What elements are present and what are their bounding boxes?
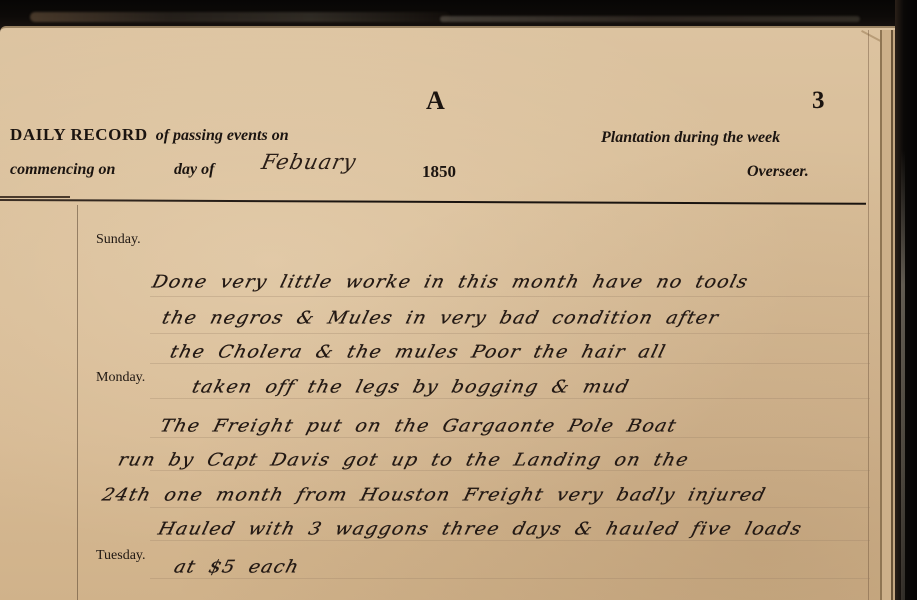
page-edge-line: [880, 30, 882, 600]
left-margin-line: [77, 205, 78, 600]
page-edge-stack: [882, 30, 891, 600]
ruled-line: [150, 540, 870, 541]
ruled-line: [150, 363, 870, 364]
ruled-line: [150, 470, 870, 471]
ruled-line: [150, 333, 870, 334]
ruled-line: [150, 296, 870, 297]
handwritten-line: the Cholera & the mules Poor the hair al…: [168, 342, 668, 362]
commencing-label: commencing on: [10, 161, 115, 179]
month-handwritten: Febuary: [259, 150, 358, 174]
handwritten-line: Done very little worke in this month hav…: [150, 272, 751, 292]
cover-wear-mark: [30, 12, 450, 22]
year: 1850: [422, 162, 456, 182]
handwritten-line: at $5 each: [172, 557, 302, 577]
overseer-label: Overseer.: [747, 163, 809, 181]
ruled-line: [150, 507, 870, 508]
title-caps: DAILY RECORD: [10, 125, 148, 144]
ruled-line: [150, 578, 870, 579]
day-of-label: day of: [174, 161, 214, 179]
handwritten-line: 24th one month from Houston Freight very…: [100, 485, 768, 505]
page-number: 3: [812, 87, 825, 115]
handwritten-line: taken off the legs by bogging & mud: [190, 377, 632, 397]
page-title: DAILY RECORD of passing events on: [10, 125, 289, 145]
header-rule-left: [0, 196, 70, 198]
cover-fray: [901, 150, 905, 600]
handwritten-line: the negros & Mules in very bad condition…: [160, 308, 721, 328]
right-margin-line: [868, 30, 869, 600]
day-label-tuesday: Tuesday.: [96, 548, 146, 564]
handwritten-line: The Freight put on the Gargaonte Pole Bo…: [158, 416, 679, 436]
section-letter: A: [426, 86, 445, 116]
handwritten-line: Hauled with 3 waggons three days & haule…: [156, 519, 805, 539]
day-label-sunday: Sunday.: [96, 232, 141, 248]
handwritten-line: run by Capt Davis got up to the Landing …: [116, 450, 691, 470]
ruled-line: [150, 398, 870, 399]
day-label-monday: Monday.: [96, 370, 145, 386]
plantation-label: Plantation during the week: [601, 129, 780, 147]
ruled-line: [150, 437, 870, 438]
page-edge-line: [891, 30, 893, 600]
book-cover-spine-edge: [895, 0, 917, 600]
title-italic: of passing events on: [156, 127, 289, 144]
ledger-scan: A 3 DAILY RECORD of passing events on Pl…: [0, 0, 917, 600]
cover-wear-mark: [440, 16, 860, 22]
